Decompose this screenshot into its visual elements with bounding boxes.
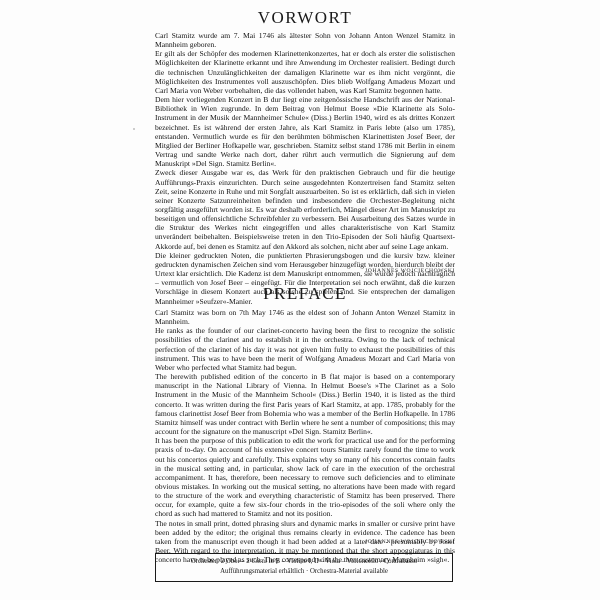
preface-paragraph: He ranks as the founder of our clarinet-… <box>155 326 455 372</box>
orchestra-instrumentation-box: Orchester: 2 Oboi – 2 Corni in B – Violi… <box>155 553 453 582</box>
vorwort-body: Carl Stamitz wurde am 7. Mai 1746 als äl… <box>155 31 455 306</box>
vorwort-paragraph: Dem hier vorliegenden Konzert in B dur l… <box>155 95 455 168</box>
preface-signature: Johannes Wojciechowski <box>155 539 455 545</box>
vorwort-paragraph: Carl Stamitz wurde am 7. Mai 1746 als äl… <box>155 31 455 49</box>
vorwort-paragraph: Er gilt als der Schöpfer des modernen Kl… <box>155 49 455 95</box>
vorwort-paragraph: Zweck dieser Ausgabe war es, das Werk fü… <box>155 168 455 250</box>
preface-paragraph: It has been the purpose of this publicat… <box>155 436 455 518</box>
preface-paragraph: Carl Stamitz was born on 7th May 1746 as… <box>155 308 455 326</box>
material-availability-line: Aufführungsmaterial erhältlich · Orchest… <box>156 567 452 577</box>
vorwort-heading: VORWORT <box>155 9 455 27</box>
instrumentation-line: Orchester: 2 Oboi – 2 Corni in B – Violi… <box>156 557 452 567</box>
preface-body: Carl Stamitz was born on 7th May 1746 as… <box>155 308 455 564</box>
document-page: VORWORT Carl Stamitz wurde am 7. Mai 174… <box>0 0 600 600</box>
vorwort-signature: Johannes Wojciechowski <box>155 268 455 274</box>
preface-paragraph: The herewith published edition of the co… <box>155 372 455 436</box>
preface-heading: PREFACE <box>155 285 455 303</box>
print-speck <box>133 128 135 130</box>
